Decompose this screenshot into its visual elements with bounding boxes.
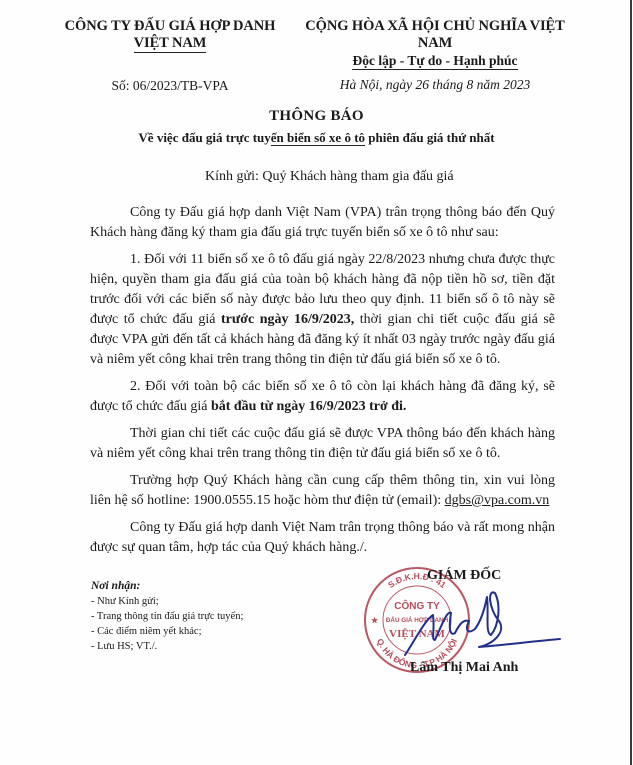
subtitle-underlined-text: ến biển số xe ô tô	[271, 130, 365, 146]
subtitle-text: Về việc đấu giá trực tuy	[138, 130, 270, 145]
document-page: CÔNG TY ĐẤU GIÁ HỢP DANH VIỆT NAM CỘNG H…	[0, 0, 633, 765]
contact-email-link[interactable]: dgbs@vpa.com.vn	[445, 493, 550, 508]
recipients-block: Nơi nhận: - Như Kính gửi; - Trang thông …	[91, 579, 243, 654]
country-name: CỘNG HÒA XÃ HỘI CHỦ NGHĨA VIỆT NAM	[290, 18, 580, 52]
document-title: THÔNG BÁO	[0, 108, 633, 125]
subtitle-text-end: phiên đấu giá thứ nhất	[365, 130, 495, 145]
issuer-block: CÔNG TY ĐẤU GIÁ HỢP DANH VIỆT NAM	[60, 18, 280, 53]
recipient-item: - Như Kính gửi;	[91, 594, 243, 609]
signer-name: Lâm Thị Mai Anh	[410, 660, 518, 676]
item-1-paragraph: 1. Đối với 11 biển số xe ô tô đấu giá ng…	[90, 250, 555, 370]
contact-paragraph: Trường hợp Quý Khách hàng cần cung cấp t…	[90, 471, 555, 511]
national-motto: Độc lập - Tự do - Hạnh phúc	[352, 52, 517, 70]
greeting: Kính gửi: Quý Khách hàng tham gia đấu gi…	[205, 169, 454, 185]
page-edge-divider	[630, 0, 632, 765]
stamp-star-icon: ★	[371, 616, 379, 625]
intro-paragraph: Công ty Đấu giá hợp danh Việt Nam (VPA) …	[90, 203, 555, 243]
organization-name-line2: VIỆT NAM	[134, 35, 207, 53]
recipient-item: - Lưu HS; VT./.	[91, 639, 243, 654]
item-1-deadline: trước ngày 16/9/2023,	[221, 312, 354, 327]
item-2-start-date: bắt đầu từ ngày 16/9/2023 trở đi.	[211, 399, 406, 414]
national-heading: CỘNG HÒA XÃ HỘI CHỦ NGHĨA VIỆT NAM Độc l…	[290, 18, 580, 70]
recipients-label: Nơi nhận:	[91, 579, 243, 594]
recipient-item: - Các điểm niêm yết khác;	[91, 624, 243, 639]
notice-body: Công ty Đấu giá hợp danh Việt Nam (VPA) …	[90, 203, 555, 565]
handwritten-signature	[395, 585, 565, 665]
signatory-title: GIÁM ĐỐC	[427, 568, 501, 584]
document-number: Số: 06/2023/TB-VPA	[60, 78, 280, 94]
schedule-paragraph: Thời gian chi tiết các cuộc đấu giá sẽ đ…	[90, 424, 555, 464]
place-date: Hà Nội, ngày 26 tháng 8 năm 2023	[290, 77, 580, 93]
organization-name-line1: CÔNG TY ĐẤU GIÁ HỢP DANH	[60, 18, 280, 35]
document-subtitle: Về việc đấu giá trực tuyến biển số xe ô …	[0, 130, 633, 146]
recipient-item: - Trang thông tin đấu giá trực tuyến;	[91, 609, 243, 624]
closing-paragraph: Công ty Đấu giá hợp danh Việt Nam trân t…	[90, 518, 555, 558]
item-2-paragraph: 2. Đối với toàn bộ các biển số xe ô tô c…	[90, 377, 555, 417]
